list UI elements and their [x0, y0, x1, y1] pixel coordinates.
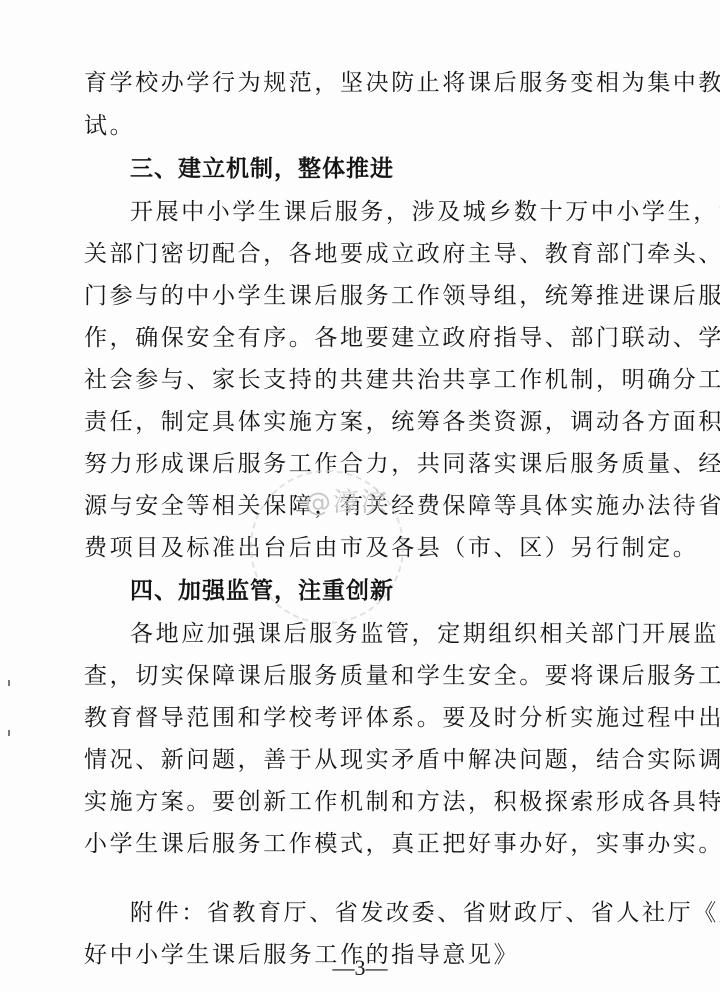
paragraph-line: 情况、新问题，善于从现实矛盾中解决问题，结合实际调整完善: [84, 745, 644, 775]
paragraph-line: 作，确保安全有序。各地要建立政府指导、部门联动、学校主体、: [84, 323, 644, 353]
paragraph-line: 社会参与、家长支持的共建共治共享工作机制，明确分工、落实: [84, 365, 644, 395]
paragraph-line: 各地应加强课后服务监管，定期组织相关部门开展监督检: [130, 619, 690, 649]
document-page: 育学校办学行为规范，坚决防止将课后服务变相为集中教学或考 试。 三、建立机制，整…: [0, 0, 720, 992]
paragraph-line: 开展中小学生课后服务，涉及城乡数十万中小学生，需要相: [130, 197, 690, 227]
attachment-line: 附件：省教育厅、省发改委、省财政厅、省人社厅《关于做: [130, 898, 690, 928]
section-heading-3: 三、建立机制，整体推进: [130, 154, 690, 184]
scan-mark: [8, 730, 10, 736]
paragraph-line: 门参与的中小学生课后服务工作领导组，统筹推进课后服务工: [84, 281, 644, 311]
paragraph-line: 责任，制定具体实施方案，统筹各类资源，调动各方面积极性，: [84, 407, 644, 437]
paragraph-line: 育学校办学行为规范，坚决防止将课后服务变相为集中教学或考: [84, 68, 644, 98]
paragraph-line: 查，切实保障课后服务质量和学生安全。要将课后服务工作纳入: [84, 661, 644, 691]
scan-mark: [8, 680, 10, 686]
watermark: @濠滨: [305, 482, 389, 519]
paragraph-line: 关部门密切配合，各地要成立政府主导、教育部门牵头、相关部: [84, 239, 644, 269]
page-number: —3—: [0, 955, 720, 981]
paragraph-line: 教育督导范围和学校考评体系。要及时分析实施过程中出现的新: [84, 703, 644, 733]
paragraph-line: 努力形成课后服务工作合力，共同落实课后服务质量、经费、资: [84, 449, 644, 479]
section-heading-4: 四、加强监管，注重创新: [130, 576, 690, 606]
paragraph-line: 实施方案。要创新工作机制和方法，积极探索形成各具特色的中: [84, 787, 644, 817]
paragraph-line: 试。: [84, 111, 644, 141]
paragraph-line: 小学生课后服务工作模式，真正把好事办好，实事办实。: [84, 829, 644, 859]
